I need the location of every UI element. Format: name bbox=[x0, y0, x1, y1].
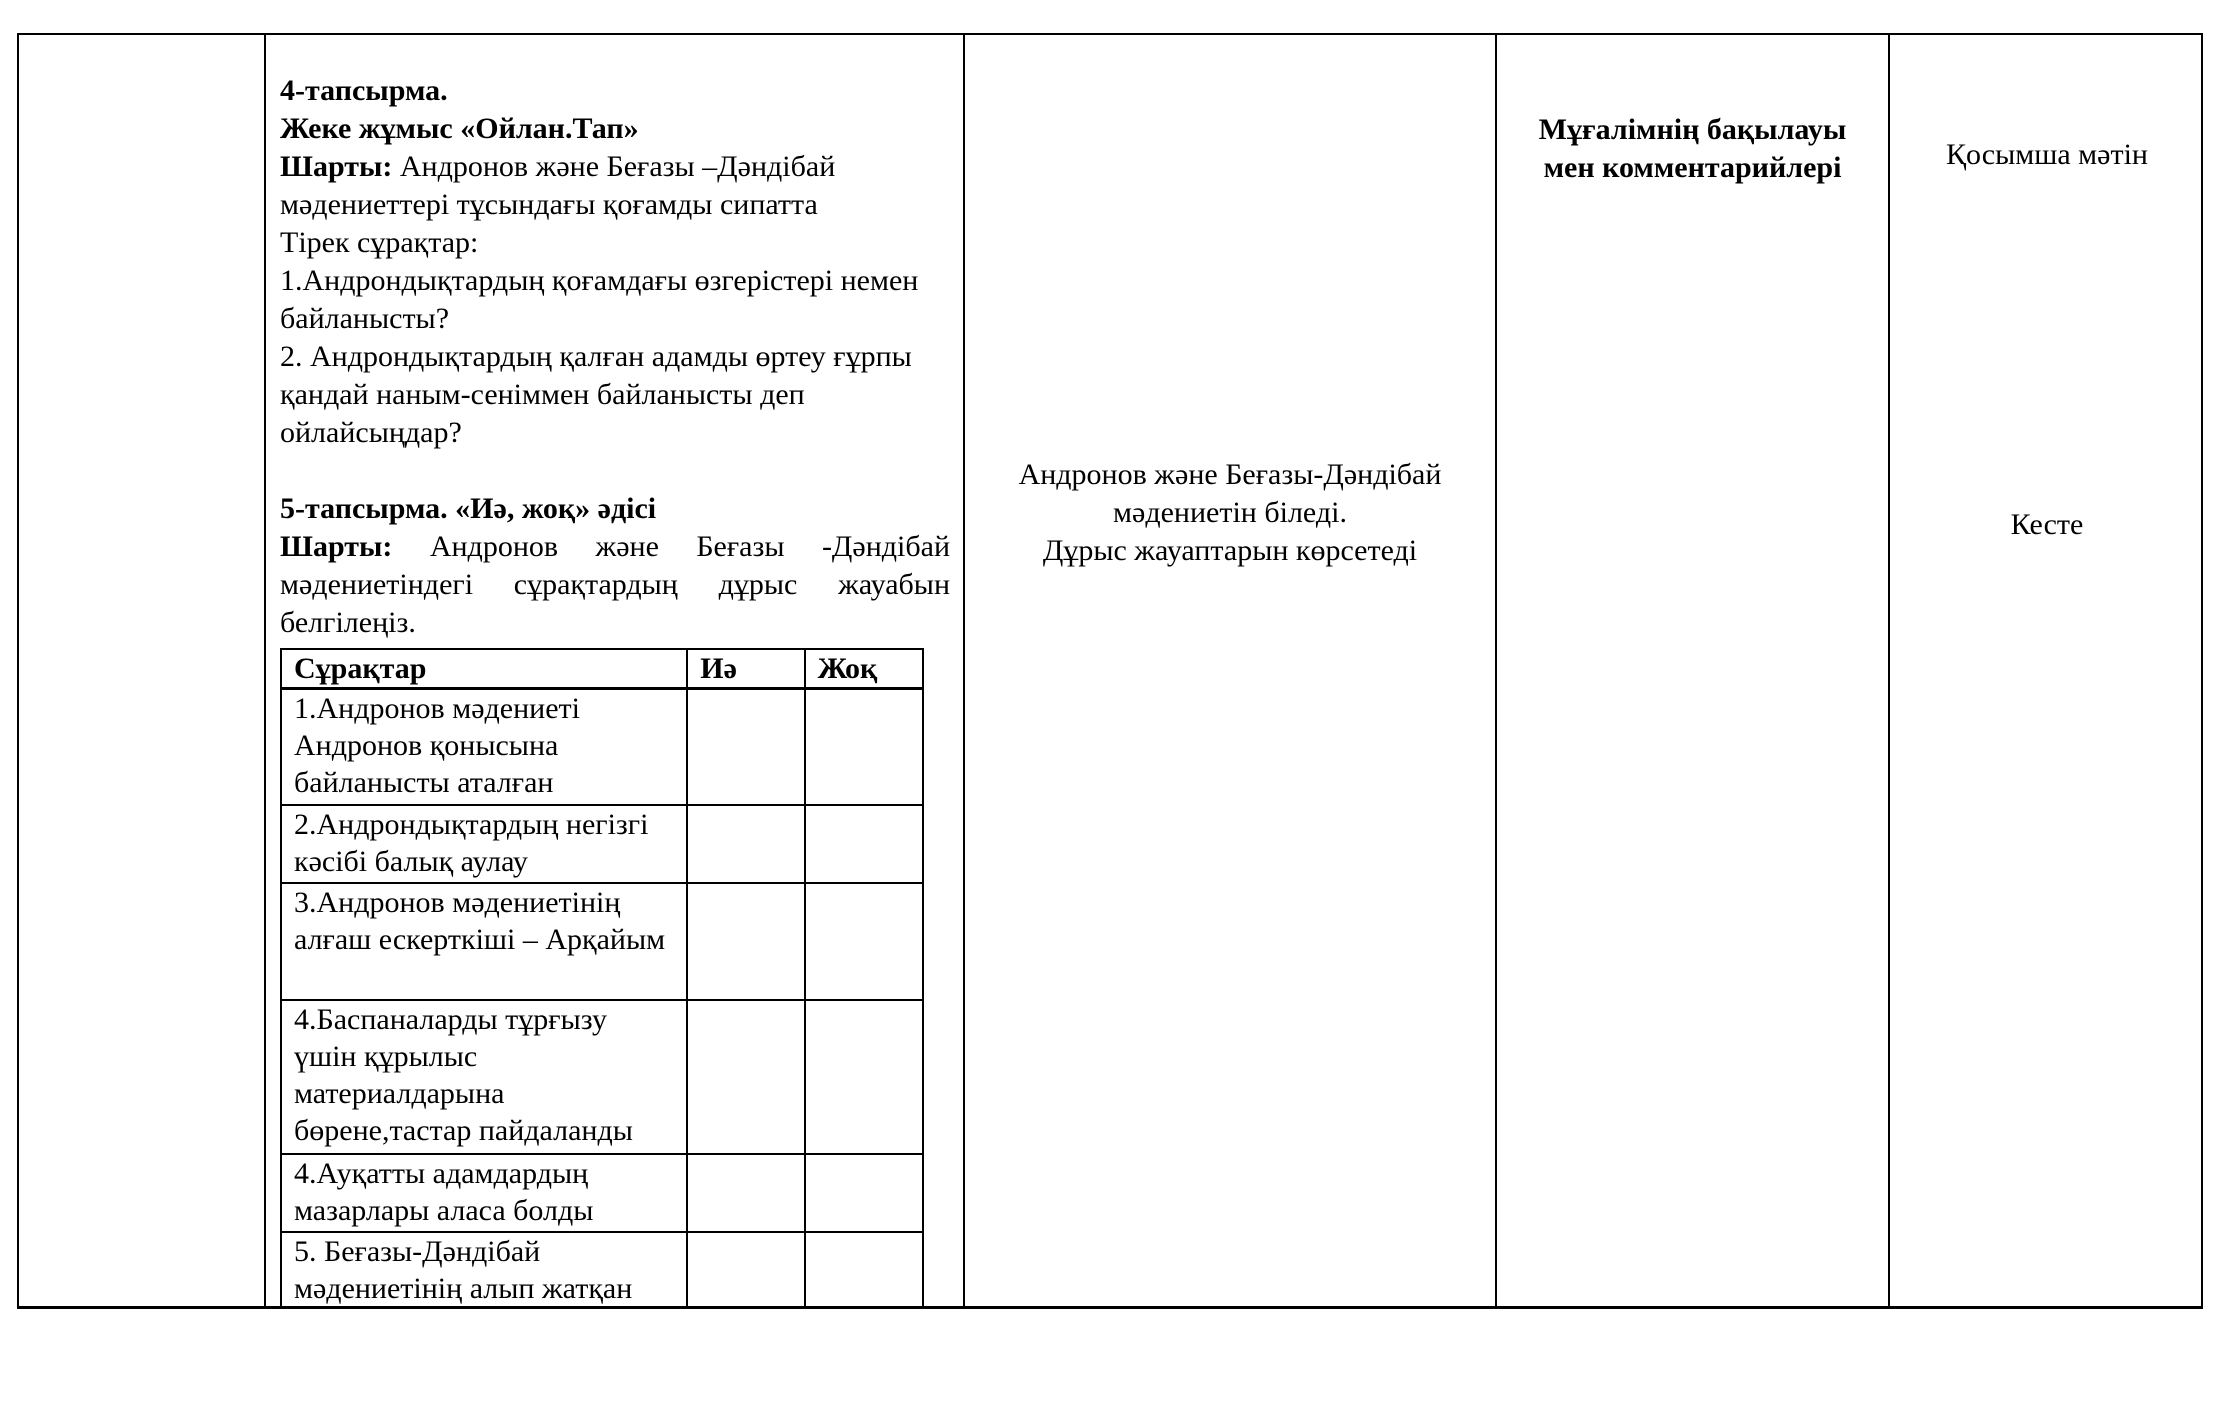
yes-cell[interactable] bbox=[687, 883, 804, 1000]
condition-label: Шарты: bbox=[280, 530, 392, 563]
column-divider bbox=[1495, 33, 1497, 1309]
table-row: 1.Андронов мәдениеті Андронов қонысына б… bbox=[281, 689, 923, 805]
teacher-header-line-1: Мұғалімнің бақылауы bbox=[1498, 111, 1887, 149]
column-divider bbox=[963, 33, 965, 1309]
task5-title: 5-тапсырма. «Иә, жоқ» әдісі bbox=[280, 490, 950, 528]
resources-value: Кесте bbox=[1891, 506, 2203, 544]
table-row: 5. Беғазы-Дәндібай мәдениетінің алып жат… bbox=[281, 1232, 923, 1308]
teacher-header-line-2: мен комментарийлері bbox=[1498, 149, 1887, 187]
header-yes: Иә bbox=[687, 649, 804, 689]
question-cell: 1.Андронов мәдениеті Андронов қонысына б… bbox=[281, 689, 687, 805]
no-cell[interactable] bbox=[805, 1154, 923, 1232]
header-no: Жоқ bbox=[805, 649, 923, 689]
tasks-cell: 4-тапсырма. Жеке жұмыс «Ойлан.Тап» Шарты… bbox=[280, 72, 950, 642]
assessment-line-2: мәдениетін біледі. bbox=[966, 494, 1494, 532]
yes-cell[interactable] bbox=[687, 1232, 804, 1308]
assessment-line-1: Андронов және Беғазы-Дәндібай bbox=[966, 456, 1494, 494]
task5-condition: Шарты: Андронов және Беғазы -Дәндібай мә… bbox=[280, 528, 950, 642]
condition-label: Шарты: bbox=[280, 150, 392, 183]
yes-no-table: Сұрақтар Иә Жоқ 1.Андронов мәдениеті Анд… bbox=[280, 648, 924, 1309]
question-cell: 3.Андронов мәдениетінің алғаш ескерткіші… bbox=[281, 883, 687, 1000]
no-cell[interactable] bbox=[805, 805, 923, 883]
question-cell: 4.Ауқатты адамдардың мазарлары аласа бол… bbox=[281, 1154, 687, 1232]
yes-cell[interactable] bbox=[687, 1000, 804, 1154]
spacer bbox=[280, 452, 950, 490]
column-divider bbox=[1888, 33, 1890, 1309]
support-question-1: 1.Андрондықтардың қоғамдағы өзгерістері … bbox=[280, 262, 950, 338]
yes-cell[interactable] bbox=[687, 689, 804, 805]
column-divider bbox=[264, 33, 266, 1309]
yes-cell[interactable] bbox=[687, 805, 804, 883]
question-cell: 5. Беғазы-Дәндібай мәдениетінің алып жат… bbox=[281, 1232, 687, 1308]
no-cell[interactable] bbox=[805, 883, 923, 1000]
teacher-comments-cell: Мұғалімнің бақылауы мен комментарийлері bbox=[1498, 111, 1887, 187]
table-row: 2.Андрондықтардың негізгі кәсібі балық а… bbox=[281, 805, 923, 883]
table-row: 3.Андронов мәдениетінің алғаш ескерткіші… bbox=[281, 883, 923, 1000]
question-cell: 4.Баспаналарды тұрғызу үшін құрылыс мате… bbox=[281, 1000, 687, 1154]
support-questions-label: Тірек сұрақтар: bbox=[280, 224, 950, 262]
assessment-line-3: Дұрыс жауаптарын көрсетеді bbox=[966, 532, 1494, 570]
resources-header: Қосымша мәтін bbox=[1891, 136, 2203, 174]
task4-condition: Шарты: Андронов және Беғазы –Дәндібай мә… bbox=[280, 148, 950, 224]
table-row: 4.Баспаналарды тұрғызу үшін құрылыс мате… bbox=[281, 1000, 923, 1154]
no-cell[interactable] bbox=[805, 1232, 923, 1308]
table-header-row: Сұрақтар Иә Жоқ bbox=[281, 649, 923, 689]
header-questions: Сұрақтар bbox=[281, 649, 687, 689]
table-row: 4.Ауқатты адамдардың мазарлары аласа бол… bbox=[281, 1154, 923, 1232]
yes-cell[interactable] bbox=[687, 1154, 804, 1232]
task4-title: 4-тапсырма. bbox=[280, 72, 950, 110]
assessment-cell: Андронов және Беғазы-Дәндібай мәдениетін… bbox=[966, 456, 1494, 570]
support-question-2: 2. Андрондықтардың қалған адамды өртеу ғ… bbox=[280, 338, 950, 452]
no-cell[interactable] bbox=[805, 1000, 923, 1154]
question-cell: 2.Андрондықтардың негізгі кәсібі балық а… bbox=[281, 805, 687, 883]
task4-subtitle: Жеке жұмыс «Ойлан.Тап» bbox=[280, 110, 950, 148]
no-cell[interactable] bbox=[805, 689, 923, 805]
